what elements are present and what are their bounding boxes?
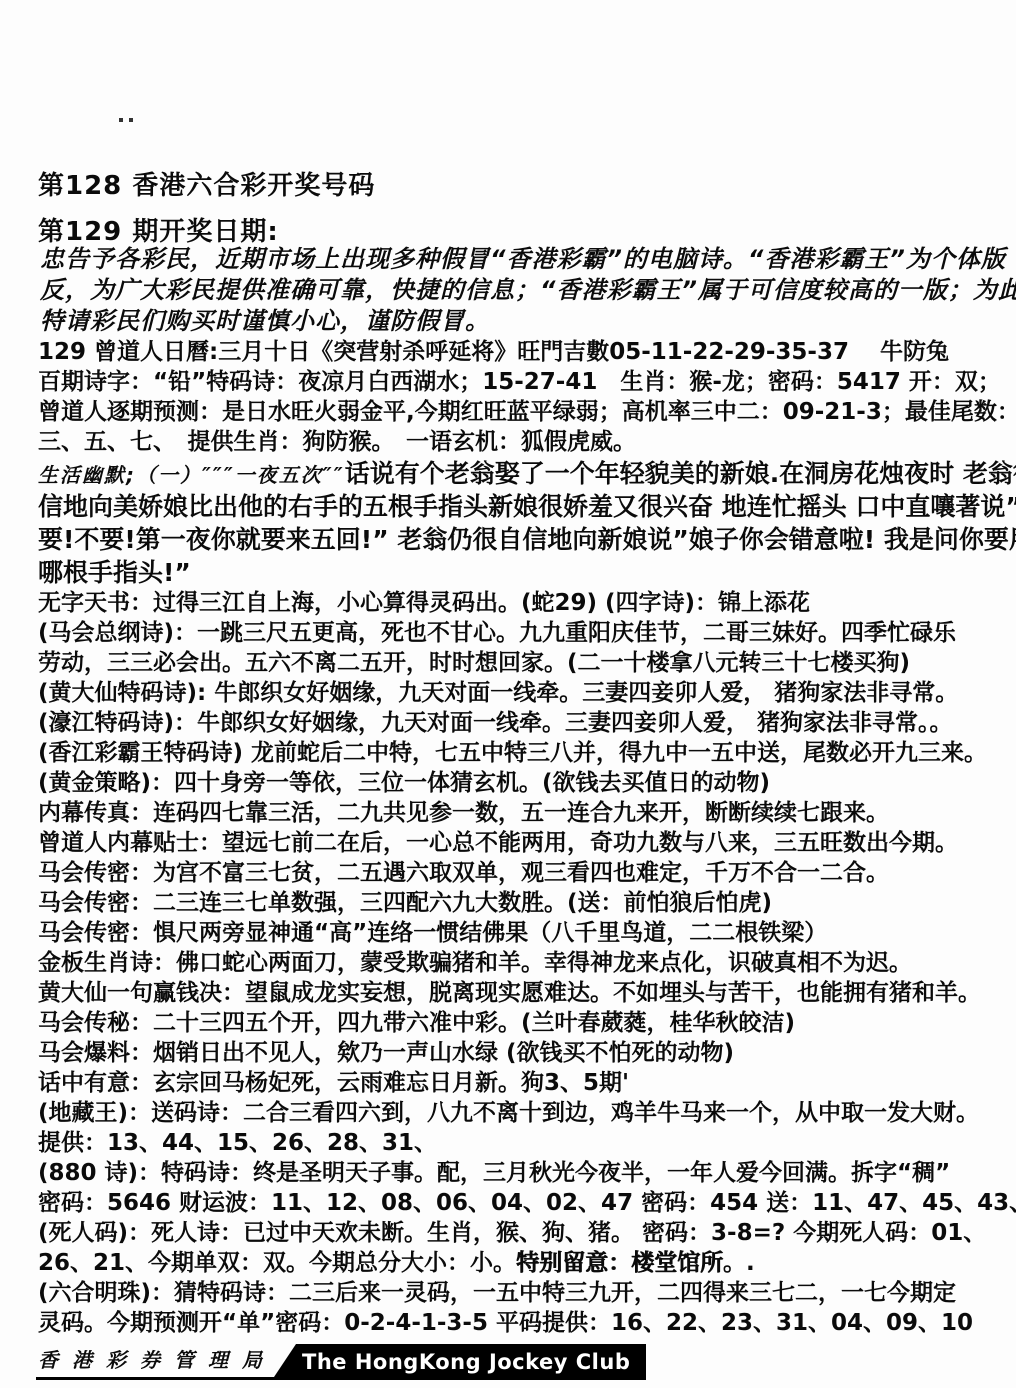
text-line: 马会传密：惧尺两旁显神通“高”连络一惯结佛果（八千里鸟道，二二根铁梁） [38, 918, 1010, 948]
text-line: 要!不要!第一夜你就要来五回!” 老翁仍很自信地向新娘说”娘子你会错意啦! 我是… [38, 523, 1008, 556]
text-line: (黄大仙特码诗): 牛郎织女好姻缘，九天对面一线牵。三妻四妾卯人爱， 猪狗家法非… [38, 678, 1010, 708]
text-line: 特请彩民们购买时谨慎小心，谨防假冒。 [40, 306, 1000, 337]
counterfeit-warning-paragraph: 忠告予各彩民，近期市场上出现多种假冒“香港彩霸”的电脑诗。“香港彩霸王”为个体版… [40, 244, 1000, 337]
text-line: (死人码)：死人诗：已过中天欢未断。生肖，猴、狗、猪。 密码：3-8=? 今期死… [38, 1218, 1010, 1248]
text-line: (濠江特码诗)：牛郎织女好姻缘，九天对面一线牵。三妻四妾卯人爱， 猪狗家法非寻常… [38, 708, 1010, 738]
text-line: 26、21、今期单双：双。今期总分大小：小。特别留意：楼堂馆所。. [38, 1248, 1010, 1278]
text-line: 密码：5646 财运波：11、12、08、06、04、02、47 密码：454 … [38, 1188, 1010, 1218]
text-line: 马会传密：为宫不富三七贫，二五遇六取双单，观三看四也难定，千万不合一二合。 [38, 858, 1010, 888]
text-line: (地藏王)：送码诗：二合三看四六到，八九不离十到边，鸡羊牛马来一个，从中取一发大… [38, 1098, 1010, 1128]
text-line: (六合明珠)：猜特码诗：二三后来一灵码，一五中特三九开，二四得来三七二，一七今期… [38, 1278, 1010, 1308]
text-line: 话中有意：玄宗回马杨妃死，云雨难忘日月新。狗3、5期' [38, 1068, 1010, 1098]
draw-date-title: 第129 期开奖日期: [38, 211, 279, 248]
text-line: 信地向美娇娘比出他的右手的五根手指头新娘很娇羞又很兴奋 地连忙摇头 口中直嚷著说… [38, 490, 1008, 523]
text-line: 金板生肖诗：佛口蛇心两面刀，蒙受欺骗猪和羊。幸得神龙来点化，识破真相不为迟。 [38, 948, 1010, 978]
summary-prefix: 26、21、今期单双：双。今期总分大小：小。 [38, 1250, 516, 1276]
text-line: 提供：13、44、15、26、28、31、 [38, 1128, 1010, 1158]
humor-label: 生活幽默;（一）″″″一夜五次″″ [38, 463, 345, 487]
text-line: (黄金策略)：四十身旁一等依，三位一体猜玄机。(欲钱去买值日的动物) [38, 768, 1010, 798]
text-line: 马会传秘：二十三四五个开，四九带六准中彩。(兰叶春葳蕤，桂华秋皎洁) [38, 1008, 1010, 1038]
text-line: (马会总纲诗)：一跳三尺五更高，死也不甘心。九九重阳庆佳节，二哥三妹好。四季忙碌… [38, 618, 1010, 648]
text-line: 三、五、七、 提供生肖：狗防猴。 一语玄机：狐假虎威。 [38, 427, 1008, 457]
text-line: 反，为广大彩民提供准确可靠，快捷的信息；“香港彩霸王”属于可信度较高的一版；为此 [40, 275, 1000, 306]
summary-emphasis: 特别留意：楼堂馆所 [516, 1250, 723, 1276]
text-line: (880 诗)：特码诗：终是圣明天子事。配，三月秋光今夜半，一年人爱今回满。拆字… [38, 1158, 1010, 1188]
text-line: 129 曾道人日曆:三月十日《突营射杀呼延将》旺門吉數05-11-22-29-3… [38, 337, 1008, 367]
footer-chinese-script: 香港彩券管理局 [36, 1344, 278, 1380]
humor-text-start: 话说有个老翁娶了一个年轻貌美的新娘.在洞房花烛夜时 老翁很自 [345, 459, 1016, 488]
scan-artifact-dots [119, 107, 139, 126]
text-line: 马会传密：二三连三七单数强，三四配六九大数胜。(送：前怕狼后怕虎) [38, 888, 1010, 918]
text-line: 灵码。今期预测开“单”密码：0-2-4-1-3-5 平码提供：16、22、23、… [38, 1308, 1010, 1338]
summary-suffix: 。. [723, 1250, 755, 1276]
text-line: 哪根手指头!” [38, 556, 1008, 589]
text-line: 马会爆料：烟销日出不见人，欸乃一声山水绿 (欲钱买不怕死的动物) [38, 1038, 1010, 1068]
text-line: 生活幽默;（一）″″″一夜五次″″话说有个老翁娶了一个年轻貌美的新娘.在洞房花烛… [38, 457, 1008, 490]
prediction-header-block: 129 曾道人日曆:三月十日《突营射杀呼延将》旺門吉數05-11-22-29-3… [38, 337, 1008, 457]
text-line: 百期诗字：“铅”特码诗：夜凉月白西湖水；15-27-41 生肖：猴-龙；密码：5… [38, 367, 1008, 397]
text-line: 劳动，三三必会出。五六不离二五开，时时想回家。(二一十楼拿八元转三十七楼买狗) [38, 648, 1010, 678]
life-humor-block: 生活幽默;（一）″″″一夜五次″″话说有个老翁娶了一个年轻貌美的新娘.在洞房花烛… [38, 457, 1008, 589]
scanned-lottery-sheet: 第128 香港六合彩开奖号码 第129 期开奖日期: 忠告予各彩民，近期市场上出… [0, 0, 1016, 1388]
text-line: 黄大仙一句赢钱决：望鼠成龙实妄想，脱离现实愿难达。不如埋头与苦干，也能拥有猪和羊… [38, 978, 1010, 1008]
text-line: (香江彩霸王特码诗) 龙前蛇后二中特，七五中特三八并，得九中一五中送，尾数必开九… [38, 738, 1010, 768]
text-line: 忠告予各彩民，近期市场上出现多种假冒“香港彩霸”的电脑诗。“香港彩霸王”为个体版 [40, 244, 1000, 275]
text-line: 内幕传真：连码四七靠三活，二九共见参一数，五一连合九来开，断断续续七跟来。 [38, 798, 1010, 828]
text-line: 曾道人内幕贴士：望远七前二在后，一心总不能两用，奇功九数与八来，三五旺数出今期。 [38, 828, 1010, 858]
text-line: 无字天书：过得三江自上海，小心算得灵码出。(蛇29) (四字诗)：锦上添花 [38, 588, 1010, 618]
jockey-club-footer: 香港彩券管理局 The HongKong Jockey Club [36, 1344, 646, 1380]
draw-number-title: 第128 香港六合彩开奖号码 [38, 165, 375, 202]
text-line: 曾道人逐期预测：是日水旺火弱金平,今期红旺蓝平绿弱；高机率三中二：09-21-3… [38, 397, 1008, 427]
tips-block: 无字天书：过得三江自上海，小心算得灵码出。(蛇29) (四字诗)：锦上添花 (马… [38, 588, 1010, 1338]
jockey-club-banner: The HongKong Jockey Club [272, 1344, 646, 1380]
